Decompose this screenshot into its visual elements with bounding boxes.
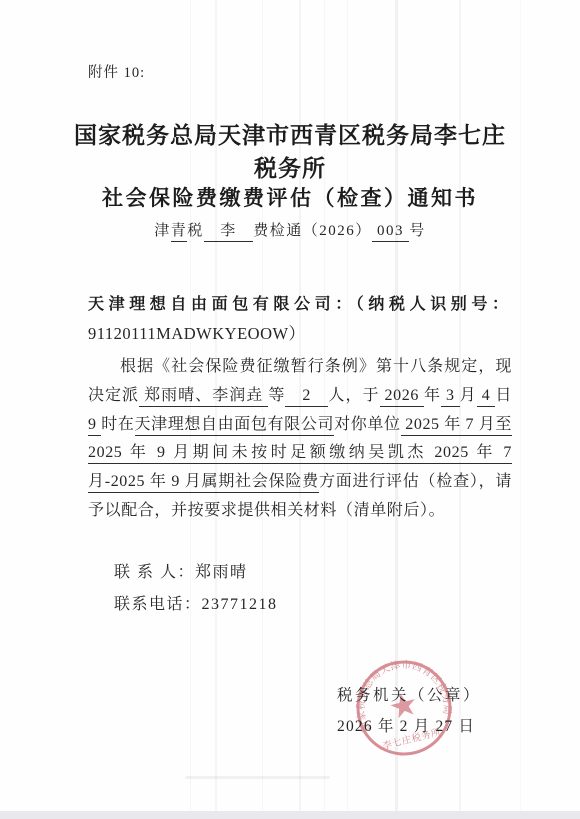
- attachment-label: 附件 10:: [88, 61, 145, 82]
- docno-text: 税: [187, 223, 204, 239]
- contact-phone-line: 联系电话：23771218: [114, 589, 278, 621]
- recipient-name-line: 天津理想自由面包有限公司：（纳税人识别号：: [88, 291, 512, 320]
- printed-text: 人，于: [328, 387, 379, 404]
- docno-filled-region: 青: [171, 223, 188, 242]
- filled-blank-text: 9: [88, 416, 101, 436]
- docno-text: 费检通（2026）: [253, 223, 372, 239]
- filled-blank-text: 2026: [380, 387, 424, 407]
- printed-text: 日: [495, 387, 512, 404]
- printed-text: 对你单位: [334, 416, 401, 433]
- signature-block: 税务机关（公章） 2026 年 2 月 27 日: [337, 681, 481, 742]
- contact-person-name: 郑雨晴: [195, 564, 248, 581]
- printed-text: 等: [268, 387, 285, 404]
- docno-text: 号: [409, 223, 426, 239]
- docno-text: 津: [154, 223, 171, 239]
- printed-text: 年: [424, 387, 441, 404]
- taxpayer-id-line: 91120111MADWKYEOOW）: [88, 320, 512, 349]
- document-number-line: 津青税 李 费检通（2026） 003 号: [0, 219, 580, 240]
- document-subtitle: 社会保险费缴费评估（检查）通知书: [0, 182, 580, 212]
- signature-agency-line: 税务机关（公章）: [337, 681, 481, 712]
- signature-date-line: 2026 年 2 月 27 日: [337, 712, 481, 743]
- filled-blank-text: 3: [441, 387, 460, 407]
- printed-text: 月: [460, 387, 477, 404]
- document-title-line2: 税务所: [0, 150, 580, 183]
- docno-filled-serial: 003: [372, 223, 410, 242]
- document-body: 天津理想自由面包有限公司：（纳税人识别号： 91120111MADWKYEOOW…: [88, 291, 512, 526]
- scan-artifact-smudge: [185, 776, 330, 779]
- contact-phone-number: 23771218: [202, 596, 278, 613]
- contact-person-line: 联 系 人：郑雨晴: [114, 557, 278, 589]
- docno-filled-office: 李: [204, 223, 254, 242]
- body-paragraph: 根据《社会保险费征缴暂行条例》第十八条规定，现决定派 郑雨晴、李润垚 等 2 人…: [88, 353, 512, 526]
- contact-person-label: 联 系 人：: [114, 564, 195, 581]
- filled-blank-text: 天津理想自由面包有限公司: [135, 416, 335, 436]
- contact-block: 联 系 人：郑雨晴 联系电话：23771218: [114, 557, 278, 621]
- scan-bottom-edge: [0, 811, 580, 819]
- document-title-line1: 国家税务总局天津市西青区税务局李七庄: [0, 117, 580, 150]
- printed-text: 时在: [101, 416, 134, 433]
- filled-blank-text: 2: [285, 387, 328, 407]
- contact-phone-label: 联系电话：: [114, 596, 202, 613]
- document-page: 附件 10: 国家税务总局天津市西青区税务局李七庄 税务所 社会保险费缴费评估（…: [0, 0, 580, 819]
- filled-blank-text: 4: [477, 387, 496, 407]
- filled-blank-text: 郑雨晴、李润垚: [139, 387, 268, 407]
